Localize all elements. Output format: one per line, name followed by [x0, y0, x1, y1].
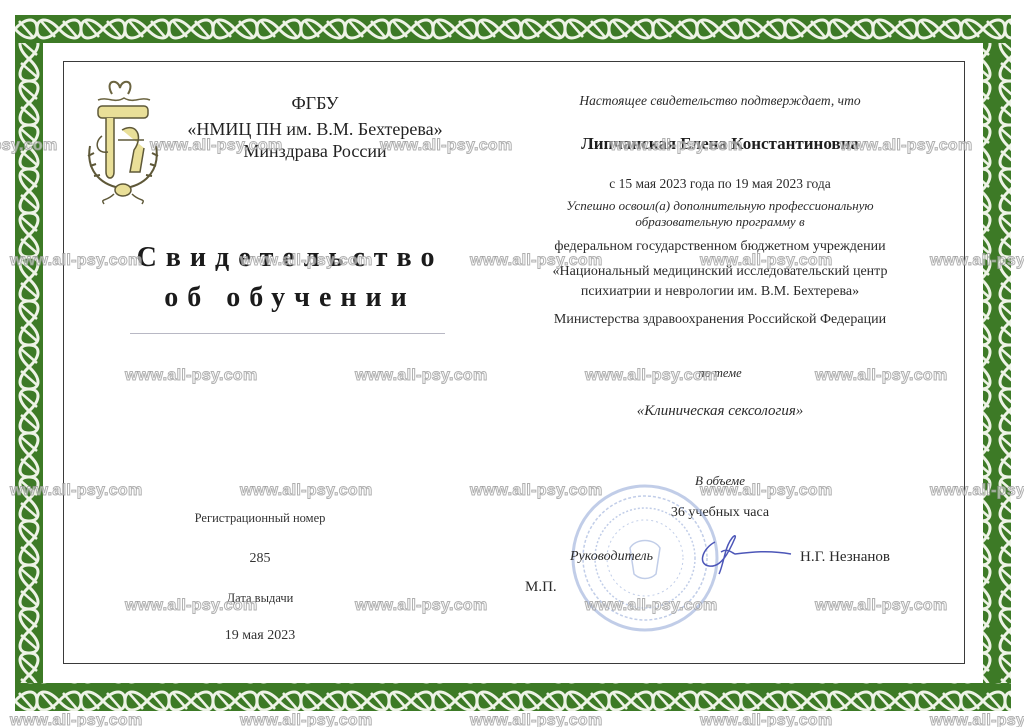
org-full-name: «НМИЦ ПН им. В.М. Бехтерева»: [160, 118, 470, 140]
training-period: с 15 мая 2023 года по 19 мая 2023 года: [510, 176, 930, 192]
watermark-text: www.all-psy.com: [10, 712, 143, 727]
certificate-intro: Настоящее свидетельство подтверждает, чт…: [510, 93, 930, 109]
institution-line1: федеральном государственном бюджетном уч…: [510, 239, 930, 255]
ministry-name: Министерства здравоохранения Российской …: [510, 312, 930, 328]
watermark-text: www.all-psy.com: [930, 712, 1024, 727]
watermark-text: www.all-psy.com: [470, 712, 603, 727]
completion-statement-line2: образовательную программу в: [510, 214, 930, 230]
program-topic: «Клиническая сексология»: [510, 403, 930, 420]
signatory-name: Н.Г. Незнанов: [800, 549, 890, 566]
org-ministry: Минздрава России: [160, 140, 470, 162]
title-divider: [130, 333, 445, 334]
signatory-role: Руководитель: [570, 549, 653, 565]
institution-line2: «Национальный медицинский исследовательс…: [510, 264, 930, 280]
handwritten-signature-icon: [695, 530, 795, 575]
completion-statement-line1: Успешно освоил(а) дополнительную професс…: [510, 198, 930, 214]
certificate-subtitle: об обучении: [100, 280, 480, 316]
topic-label: по теме: [510, 366, 930, 381]
registration-number-value: 285: [150, 551, 370, 567]
issue-date-label: Дата выдачи: [150, 591, 370, 606]
recipient-name: Липчанская Елена Константиновна: [510, 134, 930, 154]
seal-place-label: М.П.: [525, 579, 557, 596]
issue-date-value: 19 мая 2023: [150, 628, 370, 644]
institute-emblem-icon: [84, 76, 162, 206]
org-abbreviation: ФГБУ: [160, 92, 470, 114]
certificate-title: Свидетельство: [100, 240, 480, 276]
watermark-text: www.all-psy.com: [240, 712, 373, 727]
institution-line3: психиатрии и неврологии им. В.М. Бехтере…: [510, 284, 930, 300]
watermark-text: www.all-psy.com: [700, 712, 833, 727]
registration-number-label: Регистрационный номер: [150, 511, 370, 526]
